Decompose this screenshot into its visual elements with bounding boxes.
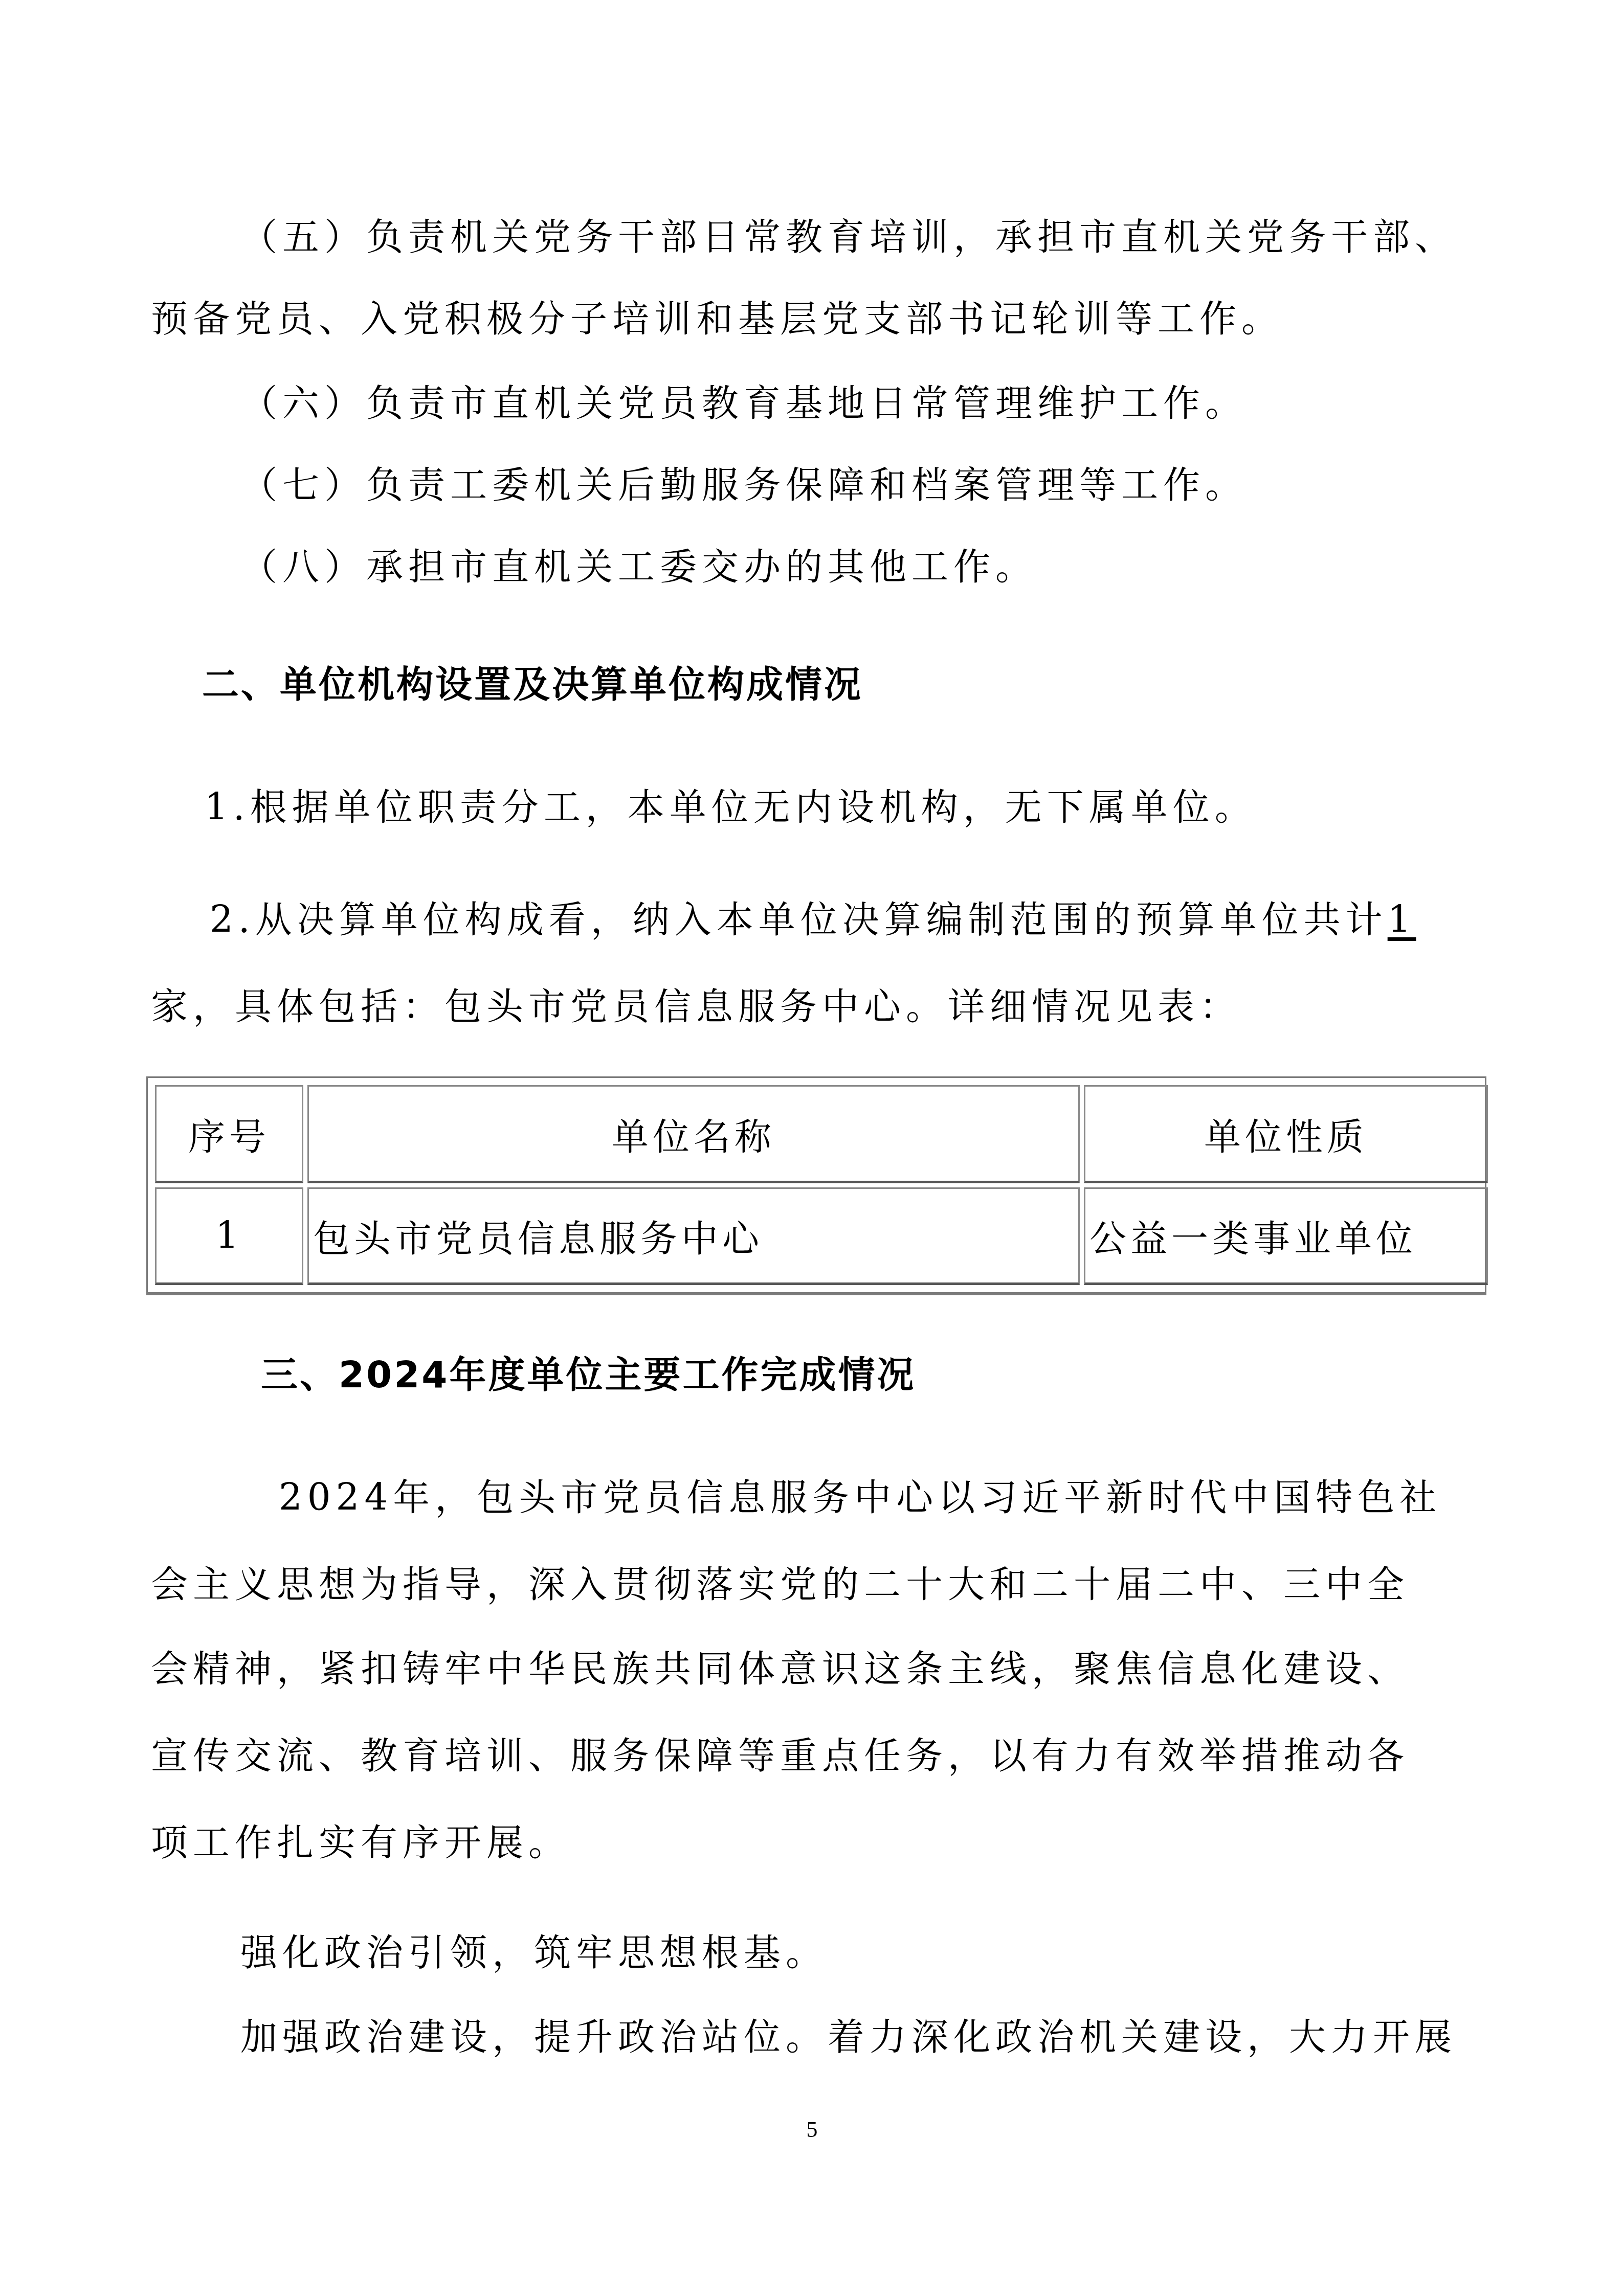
item-7: （七）负责工委机关后勤服务保障和档案管理等工作。: [240, 460, 1247, 509]
paragraph-line-5: 项工作扎实有序开展。: [151, 1818, 570, 1867]
section-2-item-1: 1.根据单位职责分工，本单位无内设机构，无下属单位。: [205, 782, 1257, 831]
paragraph-line-2: 会主义思想为指导，深入贯彻落实党的二十大和二十届二中、三中全: [151, 1560, 1409, 1609]
table-row: 1 包头市党员信息服务中心 公益一类事业单位: [155, 1187, 1488, 1286]
item-5-line-2: 预备党员、入党积极分子培训和基层党支部书记轮训等工作。: [151, 294, 1283, 343]
item-8: （八）承担市直机关工委交办的其他工作。: [240, 542, 1037, 591]
paragraph-line-1: 2024年，包头市党员信息服务中心以习近平新时代中国特色社: [279, 1473, 1441, 1522]
paragraph-political-building: 加强政治建设，提升政治站位。着力深化政治机关建设，大力开展: [240, 2012, 1457, 2061]
table-header-row: 序号 单位名称 单位性质: [155, 1085, 1488, 1183]
section-3-heading: 三、2024年度单位主要工作完成情况: [261, 1350, 916, 1399]
cell-index: 1: [155, 1187, 303, 1286]
section-2-heading: 二、单位机构设置及决算单位构成情况: [202, 660, 863, 709]
header-unit-type: 单位性质: [1084, 1085, 1488, 1183]
subheading-political-guidance: 强化政治引领，筑牢思想根基。: [240, 1928, 828, 1977]
cell-unit-name: 包头市党员信息服务中心: [307, 1187, 1080, 1286]
header-unit-name: 单位名称: [307, 1085, 1080, 1183]
header-index: 序号: [155, 1085, 303, 1183]
cell-unit-type: 公益一类事业单位: [1084, 1187, 1488, 1286]
item-5-line-1: （五）负责机关党务干部日常教育培训，承担市直机关党务干部、: [240, 212, 1457, 261]
paragraph-line-3: 会精神，紧扣铸牢中华民族共同体意识这条主线，聚焦信息化建设、: [151, 1644, 1409, 1693]
unit-count: 1: [1388, 898, 1416, 941]
section-2-item-2-line-1: 2.从决算单位构成看，纳入本单位决算编制范围的预算单位共计1: [210, 895, 1416, 944]
unit-table: 序号 单位名称 单位性质 1 包头市党员信息服务中心 公益一类事业单位: [146, 1076, 1486, 1295]
section-2-item-2-line-2: 家，具体包括：包头市党员信息服务中心。详细情况见表：: [151, 982, 1241, 1031]
page-number: 5: [0, 2117, 1624, 2143]
item-6: （六）负责市直机关党员教育基地日常管理维护工作。: [240, 378, 1247, 427]
paragraph-line-4: 宣传交流、教育培训、服务保障等重点任务，以有力有效举措推动各: [151, 1731, 1409, 1780]
item-2-text: 2.从决算单位构成看，纳入本单位决算编制范围的预算单位共计: [210, 898, 1388, 941]
